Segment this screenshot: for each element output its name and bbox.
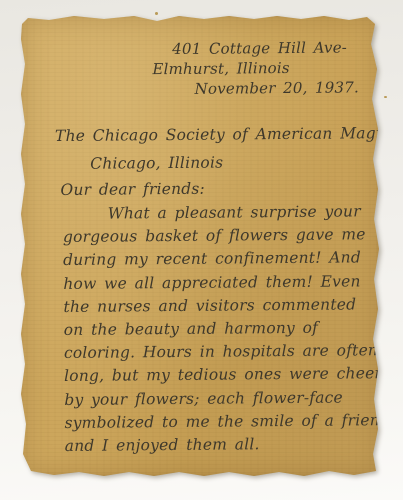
body-line: and I enjoyed them all. (65, 433, 403, 459)
body-line: coloring. Hours in hospitals are often (64, 340, 402, 366)
body-line: gorgeous basket of flowers gave me (63, 224, 401, 250)
sender-address-line-2: Elmhurst, Illinois (152, 57, 358, 79)
salutation-line: Our dear friends: (60, 179, 205, 200)
paper-speck (384, 96, 387, 98)
body-line: on the beauty and harmony of (64, 317, 402, 343)
letter-paper-wrap: 401 Cottage Hill Ave- Elmhurst, Illinois… (19, 14, 381, 477)
letter-paper: 401 Cottage Hill Ave- Elmhurst, Illinois… (19, 14, 381, 477)
letter-date-line: November 20, 1937. (195, 77, 359, 98)
body-line: long, but my tedious ones were cheered (64, 363, 402, 389)
sender-address-block: 401 Cottage Hill Ave- Elmhurst, Illinois… (152, 37, 359, 99)
recipient-city-line: Chicago, Illinois (90, 153, 223, 174)
body-line: symbolized to me the smile of a friend, (64, 410, 402, 436)
body-line: during my recent confinement! And (63, 247, 401, 273)
letter-body: What a pleasant surprise your gorgeous b… (63, 201, 403, 459)
body-line: What a pleasant surprise your (108, 201, 401, 227)
handwriting-layer: 401 Cottage Hill Ave- Elmhurst, Illinois… (18, 11, 384, 477)
photo-background: 401 Cottage Hill Ave- Elmhurst, Illinois… (0, 0, 403, 500)
sender-address-line-1: 401 Cottage Hill Ave- (172, 37, 358, 59)
body-line: how we all appreciated them! Even (63, 271, 401, 297)
body-line: by your flowers; each flower-face (64, 387, 402, 413)
recipient-name-line: The Chicago Society of American Magician… (55, 123, 403, 146)
body-line: the nurses and visitors commented (63, 294, 401, 320)
